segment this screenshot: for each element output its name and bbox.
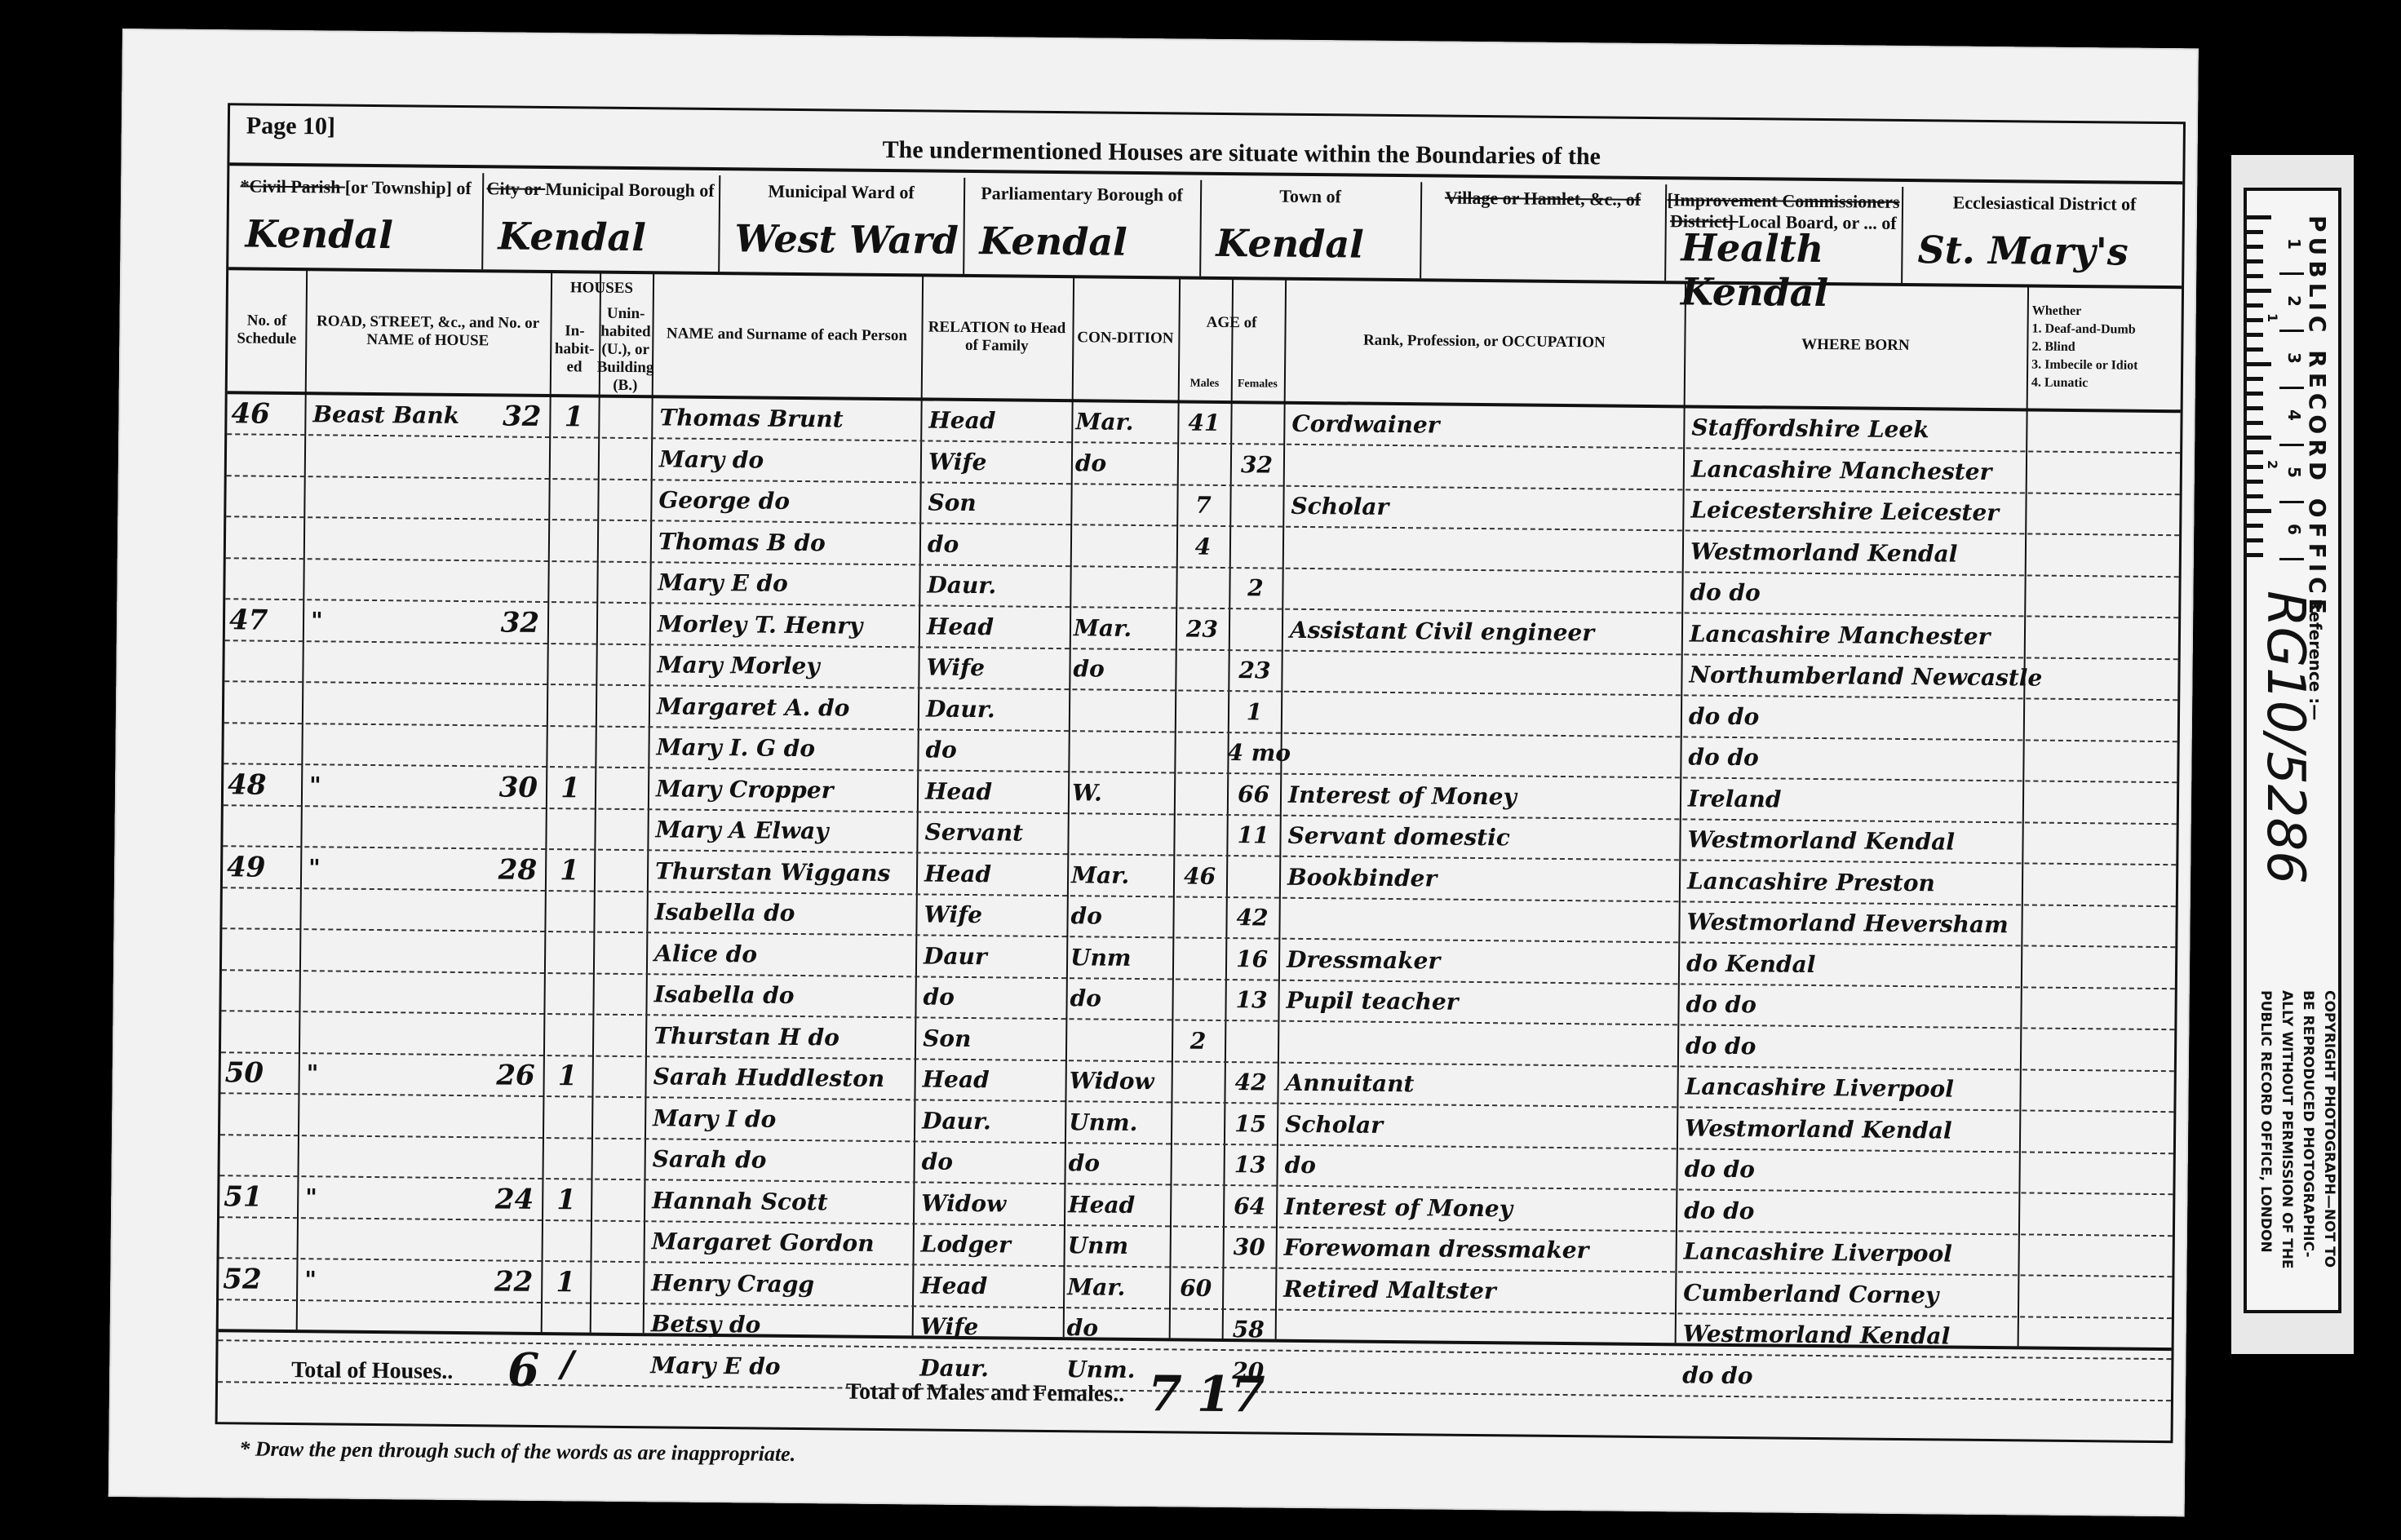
house-number	[464, 1220, 534, 1260]
condition: Head	[1068, 1185, 1166, 1225]
house-number	[467, 932, 536, 972]
archive-strip: PUBLIC RECORD OFFICE 123456 12 Reference…	[2231, 155, 2354, 1354]
born-county: Northumberland	[1689, 661, 1903, 690]
column-headers: No. of ScheduleROAD, STREET, &c., and No…	[230, 105, 2183, 124]
house-number	[470, 561, 539, 601]
born-county: Westmorland	[1690, 538, 1860, 566]
relation: do	[928, 524, 1066, 565]
condition: do	[1068, 1144, 1166, 1184]
person-name: Margaret Gordon	[652, 1222, 913, 1263]
boundary-cell: [Improvement Commissioners District] Loc…	[1664, 184, 1902, 285]
born-place: do	[1725, 991, 1756, 1018]
occupation	[1288, 734, 1680, 777]
person-name: Thurstan H do	[653, 1016, 915, 1058]
schedule-number	[230, 518, 299, 558]
born-county: do	[1688, 743, 1720, 770]
house-number	[469, 644, 538, 684]
ruler-tick	[2247, 245, 2263, 249]
boundary-label: Ecclesiastical District of	[1902, 192, 2187, 215]
inhabited-count: 1	[547, 1056, 587, 1095]
born-county: Lancashire	[1684, 1237, 1825, 1266]
ruler-tick	[2247, 303, 2263, 308]
inhabited-count	[547, 1098, 587, 1137]
where-born: do do	[1684, 1149, 2018, 1192]
where-born: Lancashire Liverpool	[1683, 1232, 2018, 1274]
where-born: Lancashire Manchester	[1690, 614, 2024, 657]
boundary-label: Village or Hamlet, &c., of	[1420, 187, 1665, 210]
road-name: "	[309, 766, 472, 807]
boundary-value: Kendal	[1216, 221, 1364, 267]
born-place: do	[1724, 1156, 1756, 1183]
age-female: 2	[1229, 569, 1282, 608]
house-number	[466, 1015, 535, 1055]
occupation: do	[1284, 1146, 1676, 1189]
occupation	[1289, 652, 1681, 695]
house-number: 22	[463, 1262, 533, 1302]
occupation: Servant domestic	[1287, 816, 1679, 860]
scale-box: 2	[2279, 272, 2304, 332]
age-male: 7	[1176, 485, 1229, 525]
born-place: do	[1723, 1197, 1755, 1224]
occupation: Assistant Civil engineer	[1290, 610, 1681, 653]
ruler-tick	[2247, 509, 2271, 513]
age-female: 16	[1225, 940, 1278, 980]
house-number: 28	[467, 850, 537, 890]
schedule-number	[224, 1218, 293, 1258]
ruler-tick	[2247, 538, 2263, 542]
total-females: 17	[1197, 1366, 1265, 1424]
born-county: Lancashire	[1691, 455, 1832, 484]
born-county: Staffordshire	[1691, 414, 1860, 442]
inhabited-count: 1	[550, 768, 591, 808]
condition	[1073, 691, 1171, 731]
relation: Head	[925, 772, 1064, 812]
age-female: 15	[1224, 1104, 1277, 1144]
inhabited-count	[548, 933, 589, 972]
born-place: Kendal	[1862, 1116, 1952, 1144]
inhabited-count: 1	[549, 851, 590, 890]
boundary-cell: *Civil Parish [or Township] ofKendal	[228, 170, 482, 271]
inhabited-count	[550, 727, 591, 766]
road-name: "	[308, 848, 472, 889]
relation: Head	[922, 1060, 1061, 1100]
census-rows: 46Beast Bank321Thomas BruntHeadMar.41Cor…	[230, 105, 2183, 124]
boundaries-row: *Civil Parish [or Township] ofKendalCity…	[230, 105, 2183, 124]
age-male	[1169, 1227, 1222, 1267]
occupation: Scholar	[1285, 1104, 1677, 1148]
age-female: 11	[1226, 816, 1279, 856]
schedule-number	[231, 436, 300, 476]
occupation: Interest of Money	[1284, 1187, 1676, 1230]
where-born: Lancashire Manchester	[1691, 449, 2026, 492]
boundary-label-text: Ecclesiastical District of	[1953, 192, 2137, 215]
age-male	[1172, 980, 1225, 1020]
boundary-title: The undermentioned Houses are situate wi…	[882, 136, 1601, 170]
house-number	[468, 726, 538, 766]
boundary-cell: Parliamentary Borough ofKendal	[963, 178, 1200, 278]
age-female: 13	[1225, 980, 1278, 1020]
age-male	[1175, 650, 1228, 690]
road-name: "	[304, 1260, 467, 1301]
boundary-cell: Town ofKendal	[1199, 180, 1420, 281]
inhabited-count	[552, 604, 592, 643]
condition	[1071, 814, 1169, 854]
ruler-tick	[2247, 362, 2271, 366]
road-name	[308, 807, 472, 847]
ruler-tick	[2247, 377, 2263, 381]
occupation: Retired Maltster	[1283, 1269, 1675, 1312]
where-born: do do	[1684, 1191, 2018, 1233]
born-place: Preston	[1836, 869, 1935, 896]
boundary-cell: Ecclesiastical District ofSt. Mary's	[1901, 187, 2187, 287]
house-number	[467, 891, 536, 931]
road-name	[310, 642, 473, 683]
occupation: Annuitant	[1285, 1064, 1677, 1107]
ruler-tick	[2247, 318, 2263, 322]
schedule-number	[225, 971, 295, 1011]
boundary-value: Kendal	[979, 219, 1127, 264]
house-number	[466, 973, 535, 1013]
occupation: Scholar	[1291, 487, 1682, 530]
age-female: 13	[1223, 1145, 1276, 1185]
relation: Daur.	[927, 566, 1065, 607]
schedule-number: 51	[224, 1177, 293, 1217]
occupation: Dressmaker	[1287, 940, 1678, 983]
person-name: Thomas B do	[658, 522, 919, 564]
house-number	[471, 520, 540, 560]
age-male	[1173, 815, 1226, 855]
ruler-tick	[2247, 465, 2263, 469]
schedule-number: 48	[228, 765, 297, 805]
age-female	[1230, 404, 1283, 444]
boundary-label: *Civil Parish [or Township] of	[229, 175, 482, 199]
age-female: 64	[1223, 1187, 1276, 1227]
age-female: 32	[1230, 445, 1283, 485]
person-name: Margaret A. do	[657, 687, 918, 728]
boundary-value: West Ward	[734, 216, 959, 263]
born-county: do	[1686, 949, 1718, 976]
schedule-number	[224, 1095, 294, 1135]
where-born: Lancashire Liverpool	[1685, 1067, 2019, 1109]
column-header-females: Females	[1231, 368, 1284, 401]
ruler-tick	[2247, 230, 2263, 234]
where-born: Westmorland Kendal	[1687, 820, 2022, 862]
age-male	[1170, 1186, 1223, 1226]
divider	[1901, 187, 1903, 283]
road-name	[310, 684, 473, 724]
ruler-tick	[2247, 421, 2263, 425]
age-female: 23	[1228, 651, 1281, 691]
person-name: Alice do	[654, 934, 915, 976]
scale-box: 1	[2279, 215, 2304, 275]
inhabited-count: 1	[545, 1263, 586, 1302]
boundary-label: Town of	[1200, 185, 1420, 209]
age-male	[1172, 897, 1225, 937]
ruler-tick	[2247, 274, 2263, 278]
census-form: Page 10] The undermentioned Houses are s…	[215, 103, 2186, 1443]
schedule-number	[226, 930, 295, 970]
age-male: 60	[1169, 1268, 1222, 1308]
relation: Head	[924, 854, 1063, 895]
person-name: Mary Cropper	[656, 769, 917, 811]
relation: Servant	[924, 812, 1063, 853]
condition: Mar.	[1074, 608, 1172, 648]
total-males: 7	[1148, 1365, 1182, 1423]
person-name: Hannah Scott	[652, 1181, 913, 1223]
born-county: Westmorland	[1687, 825, 1857, 854]
condition: do	[1070, 896, 1168, 936]
ruler-tick	[2247, 406, 2263, 410]
schedule-number	[229, 559, 299, 599]
condition	[1074, 526, 1172, 566]
where-born: Northumberland Newcastle	[1689, 655, 2023, 697]
inhabited-count: 1	[546, 1180, 587, 1219]
born-county: do	[1684, 1197, 1716, 1224]
person-name: Mary Morley	[657, 645, 918, 687]
schedule-number	[225, 1012, 295, 1052]
person-name: Mary I do	[653, 1099, 914, 1140]
born-county: do	[1689, 702, 1721, 729]
divider	[1199, 180, 1202, 277]
occupation: Pupil teacher	[1286, 981, 1677, 1024]
where-born: Ireland	[1688, 779, 2022, 821]
relation: Son	[928, 484, 1066, 524]
where-born: Cumberland Corney	[1683, 1273, 2018, 1316]
where-born: Westmorland Kendal	[1690, 532, 2025, 574]
schedule-number	[230, 476, 299, 516]
born-county: Cumberland	[1683, 1279, 1841, 1308]
ruler-tick	[2247, 524, 2263, 528]
person-name: Thurstan Wiggans	[655, 852, 916, 893]
age-female: 30	[1222, 1228, 1275, 1268]
ruler-tick	[2247, 494, 2263, 498]
age-male: 23	[1176, 609, 1229, 649]
relation: Daur	[924, 936, 1062, 977]
relation: Head	[927, 607, 1065, 648]
road-name: "	[305, 1178, 468, 1219]
inhabited-count	[546, 1221, 587, 1260]
ruler-tick	[2247, 289, 2271, 293]
divider	[1420, 182, 1422, 278]
condition: Mar.	[1075, 402, 1173, 442]
road-name	[312, 477, 475, 518]
ruler-tick	[2247, 450, 2263, 454]
scale-box: 3	[2279, 330, 2304, 389]
inhabited-count	[548, 892, 589, 931]
condition: Unm	[1070, 938, 1168, 978]
person-name: Isabella do	[653, 975, 915, 1016]
boundary-value: Kendal	[245, 211, 393, 257]
house-number	[465, 1138, 534, 1178]
house-number: 32	[472, 396, 541, 436]
person-name: Henry Cragg	[651, 1263, 912, 1305]
inhabited-count	[551, 686, 591, 725]
office-label: PUBLIC RECORD OFFICE	[2304, 215, 2331, 619]
column-header-males: Males	[1178, 367, 1231, 400]
road-name	[307, 1013, 470, 1054]
road-name	[309, 724, 472, 765]
born-place: Corney	[1849, 1281, 1938, 1308]
condition	[1074, 567, 1172, 607]
road-name: "	[311, 601, 474, 642]
born-county: Westmorland	[1686, 908, 1856, 936]
age-male: 46	[1173, 856, 1226, 896]
born-county: Westmorland	[1685, 1114, 1854, 1143]
age-male	[1176, 568, 1229, 608]
boundary-label-text: Town of	[1279, 186, 1341, 207]
inhabited-count	[549, 809, 590, 848]
inhabited-count	[552, 521, 593, 560]
boundary-label: Parliamentary Borough of	[964, 183, 1200, 206]
relation: Wife	[924, 895, 1062, 936]
boundary-value: St. Mary's	[1917, 228, 2129, 273]
age-female	[1229, 610, 1282, 650]
boundary-label-text: [or Township] of	[345, 177, 472, 198]
occupation	[1290, 569, 1681, 613]
road-name	[308, 889, 471, 930]
age-female	[1226, 857, 1279, 897]
column-header-schedule: No. of Schedule	[228, 268, 306, 392]
relation: Head	[928, 401, 1067, 442]
relation: do	[921, 1142, 1060, 1183]
ruler-tick	[2247, 436, 2271, 440]
where-born: do do	[1686, 1026, 2020, 1069]
boundary-value: Kendal	[498, 214, 646, 259]
where-born: do do	[1688, 737, 2022, 780]
born-place: do	[1729, 579, 1761, 606]
person-name: Mary do	[659, 440, 920, 481]
age-female: 1	[1228, 693, 1281, 732]
born-place: Kendal	[1725, 949, 1816, 977]
person-name: George do	[658, 480, 919, 522]
column-header-condition: CON-DITION	[1072, 277, 1179, 400]
occupation	[1289, 693, 1681, 736]
age-female: 4 mo	[1227, 733, 1280, 773]
occupation	[1286, 1022, 1677, 1065]
condition	[1070, 1020, 1167, 1060]
divider	[1664, 184, 1667, 281]
relation: Son	[923, 1019, 1061, 1060]
house-number	[467, 808, 537, 848]
house-number: 26	[465, 1055, 534, 1095]
relation: Wife	[928, 442, 1067, 483]
schedule-number	[227, 806, 296, 846]
condition: do	[1070, 979, 1167, 1019]
ruler-tick	[2247, 553, 2263, 557]
schedule-number	[228, 683, 298, 723]
schedule-number: 49	[227, 847, 296, 887]
condition: do	[1073, 649, 1171, 689]
schedule-number: 52	[223, 1259, 292, 1299]
age-male	[1172, 939, 1225, 979]
born-place: Liverpool	[1832, 1239, 1952, 1267]
where-born: do Kendal	[1686, 944, 2021, 986]
person-name: Sarah do	[652, 1140, 913, 1181]
boundary-label-text: Municipal Borough of	[545, 179, 715, 201]
condition: Unm.	[1069, 1103, 1167, 1143]
occupation: Forewoman dressmaker	[1283, 1228, 1675, 1272]
boundary-cell: City or Municipal Borough ofKendal	[481, 173, 719, 273]
schedule-number	[228, 724, 297, 763]
inhabited-count	[552, 480, 593, 519]
total-houses-inhabited: 6	[507, 1343, 540, 1397]
ruler-tick	[2247, 215, 2271, 219]
inhabited-count	[552, 562, 592, 601]
where-born: do do	[1690, 573, 2024, 615]
age-male	[1174, 774, 1227, 814]
born-place: do	[1727, 744, 1759, 771]
census-page: Page 10] The undermentioned Houses are s…	[109, 29, 2199, 1516]
footnote: * Draw the pen through such of the words…	[239, 1436, 795, 1467]
age-male	[1171, 1104, 1224, 1144]
age-female	[1229, 486, 1282, 526]
where-born: do do	[1689, 697, 2023, 739]
inhabited-count	[553, 439, 594, 478]
born-place: Kendal	[1867, 539, 1958, 567]
relation: Lodger	[921, 1224, 1060, 1265]
condition	[1074, 485, 1172, 524]
struck-label: *Civil Parish	[240, 175, 345, 197]
relation: do	[925, 730, 1064, 771]
totals-row: Total of Houses.. 6 / Total of Males and…	[218, 1329, 2172, 1432]
road-name	[312, 519, 475, 560]
age-female: 42	[1225, 898, 1278, 938]
inhabited-count: 1	[553, 397, 594, 436]
boundary-label-text: Municipal Ward of	[768, 181, 915, 203]
road-name	[312, 436, 476, 477]
total-houses-uninhabited: /	[560, 1343, 574, 1385]
inhabited-count	[546, 1139, 587, 1178]
house-number: 32	[470, 603, 539, 643]
person-name: Sarah Huddleston	[653, 1057, 914, 1099]
column-header-name: NAME and Surname of each Person	[652, 272, 922, 397]
divider	[481, 173, 484, 269]
road-name	[308, 931, 471, 971]
scale-box: 4	[2279, 387, 2304, 446]
column-header-uninhabited: Unin-habited (U.), or Building (B.)	[599, 305, 653, 396]
schedule-number: 46	[231, 394, 300, 434]
house-number	[469, 685, 538, 725]
person-name: Mary I. G do	[656, 728, 917, 769]
ruler-tick	[2247, 392, 2263, 396]
age-female	[1222, 1269, 1275, 1309]
person-name: Morley T. Henry	[658, 604, 919, 646]
copyright-notice: COPYRIGHT PHOTOGRAPH—NOT TO BE REPRODUCE…	[2250, 990, 2340, 1292]
column-header-whether: Whether 1. Deaf-and-Dumb 2. Blind 3. Imb…	[2027, 285, 2186, 409]
column-header-houses: HOUSES	[551, 272, 653, 305]
relation: Widow	[921, 1184, 1060, 1224]
house-number	[472, 438, 541, 478]
occupation: Bookbinder	[1287, 857, 1679, 901]
condition: do	[1075, 444, 1173, 484]
age-male	[1175, 692, 1228, 732]
age-male	[1177, 445, 1230, 485]
house-number: 30	[468, 768, 538, 808]
born-place: do	[1725, 1032, 1756, 1059]
born-place: Leicester	[1881, 498, 2000, 526]
inhabited-count	[551, 644, 591, 684]
schedule-number: 50	[224, 1053, 294, 1093]
age-male: 41	[1177, 403, 1230, 443]
born-county: Lancashire	[1687, 867, 1828, 896]
schedule-number	[224, 1135, 294, 1175]
reference-value: RG10/5286	[2255, 591, 2315, 884]
total-houses-label: Total of Houses..	[291, 1357, 453, 1385]
road-name: "	[306, 1054, 469, 1095]
occupation: Interest of Money	[1288, 775, 1680, 818]
born-place: Heversham	[1864, 910, 2009, 939]
born-place: Manchester	[1838, 622, 1990, 650]
